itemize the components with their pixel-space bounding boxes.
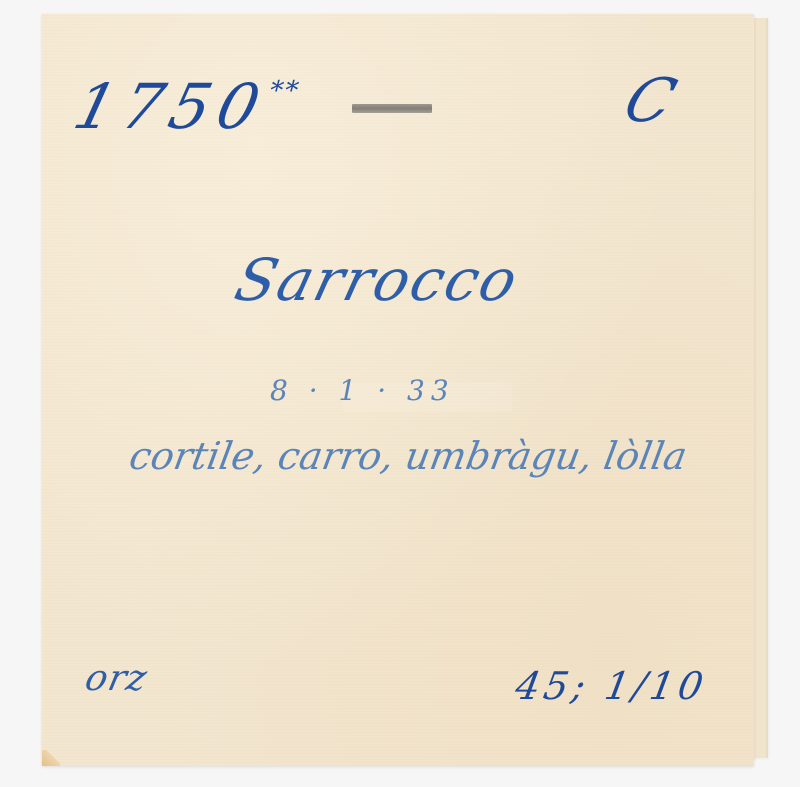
- index-card: 1750** C Sarrocco 8 · 1 · 33 cortile, ca…: [42, 14, 754, 766]
- keywords-line: cortile, carro, umbràgu, lòlla: [126, 434, 690, 478]
- category-letter: C: [616, 66, 686, 136]
- corner-fold: [42, 750, 60, 766]
- catalog-marks: **: [266, 76, 303, 106]
- catalog-number: 1750**: [67, 70, 305, 143]
- reference-number: 45; 1/10: [512, 664, 710, 708]
- signature: orz: [82, 658, 152, 699]
- pencil-dash-separator: [352, 104, 432, 113]
- location-name: Sarrocco: [229, 246, 527, 314]
- date: 8 · 1 · 33: [270, 374, 455, 407]
- catalog-number-value: 1750: [67, 70, 275, 143]
